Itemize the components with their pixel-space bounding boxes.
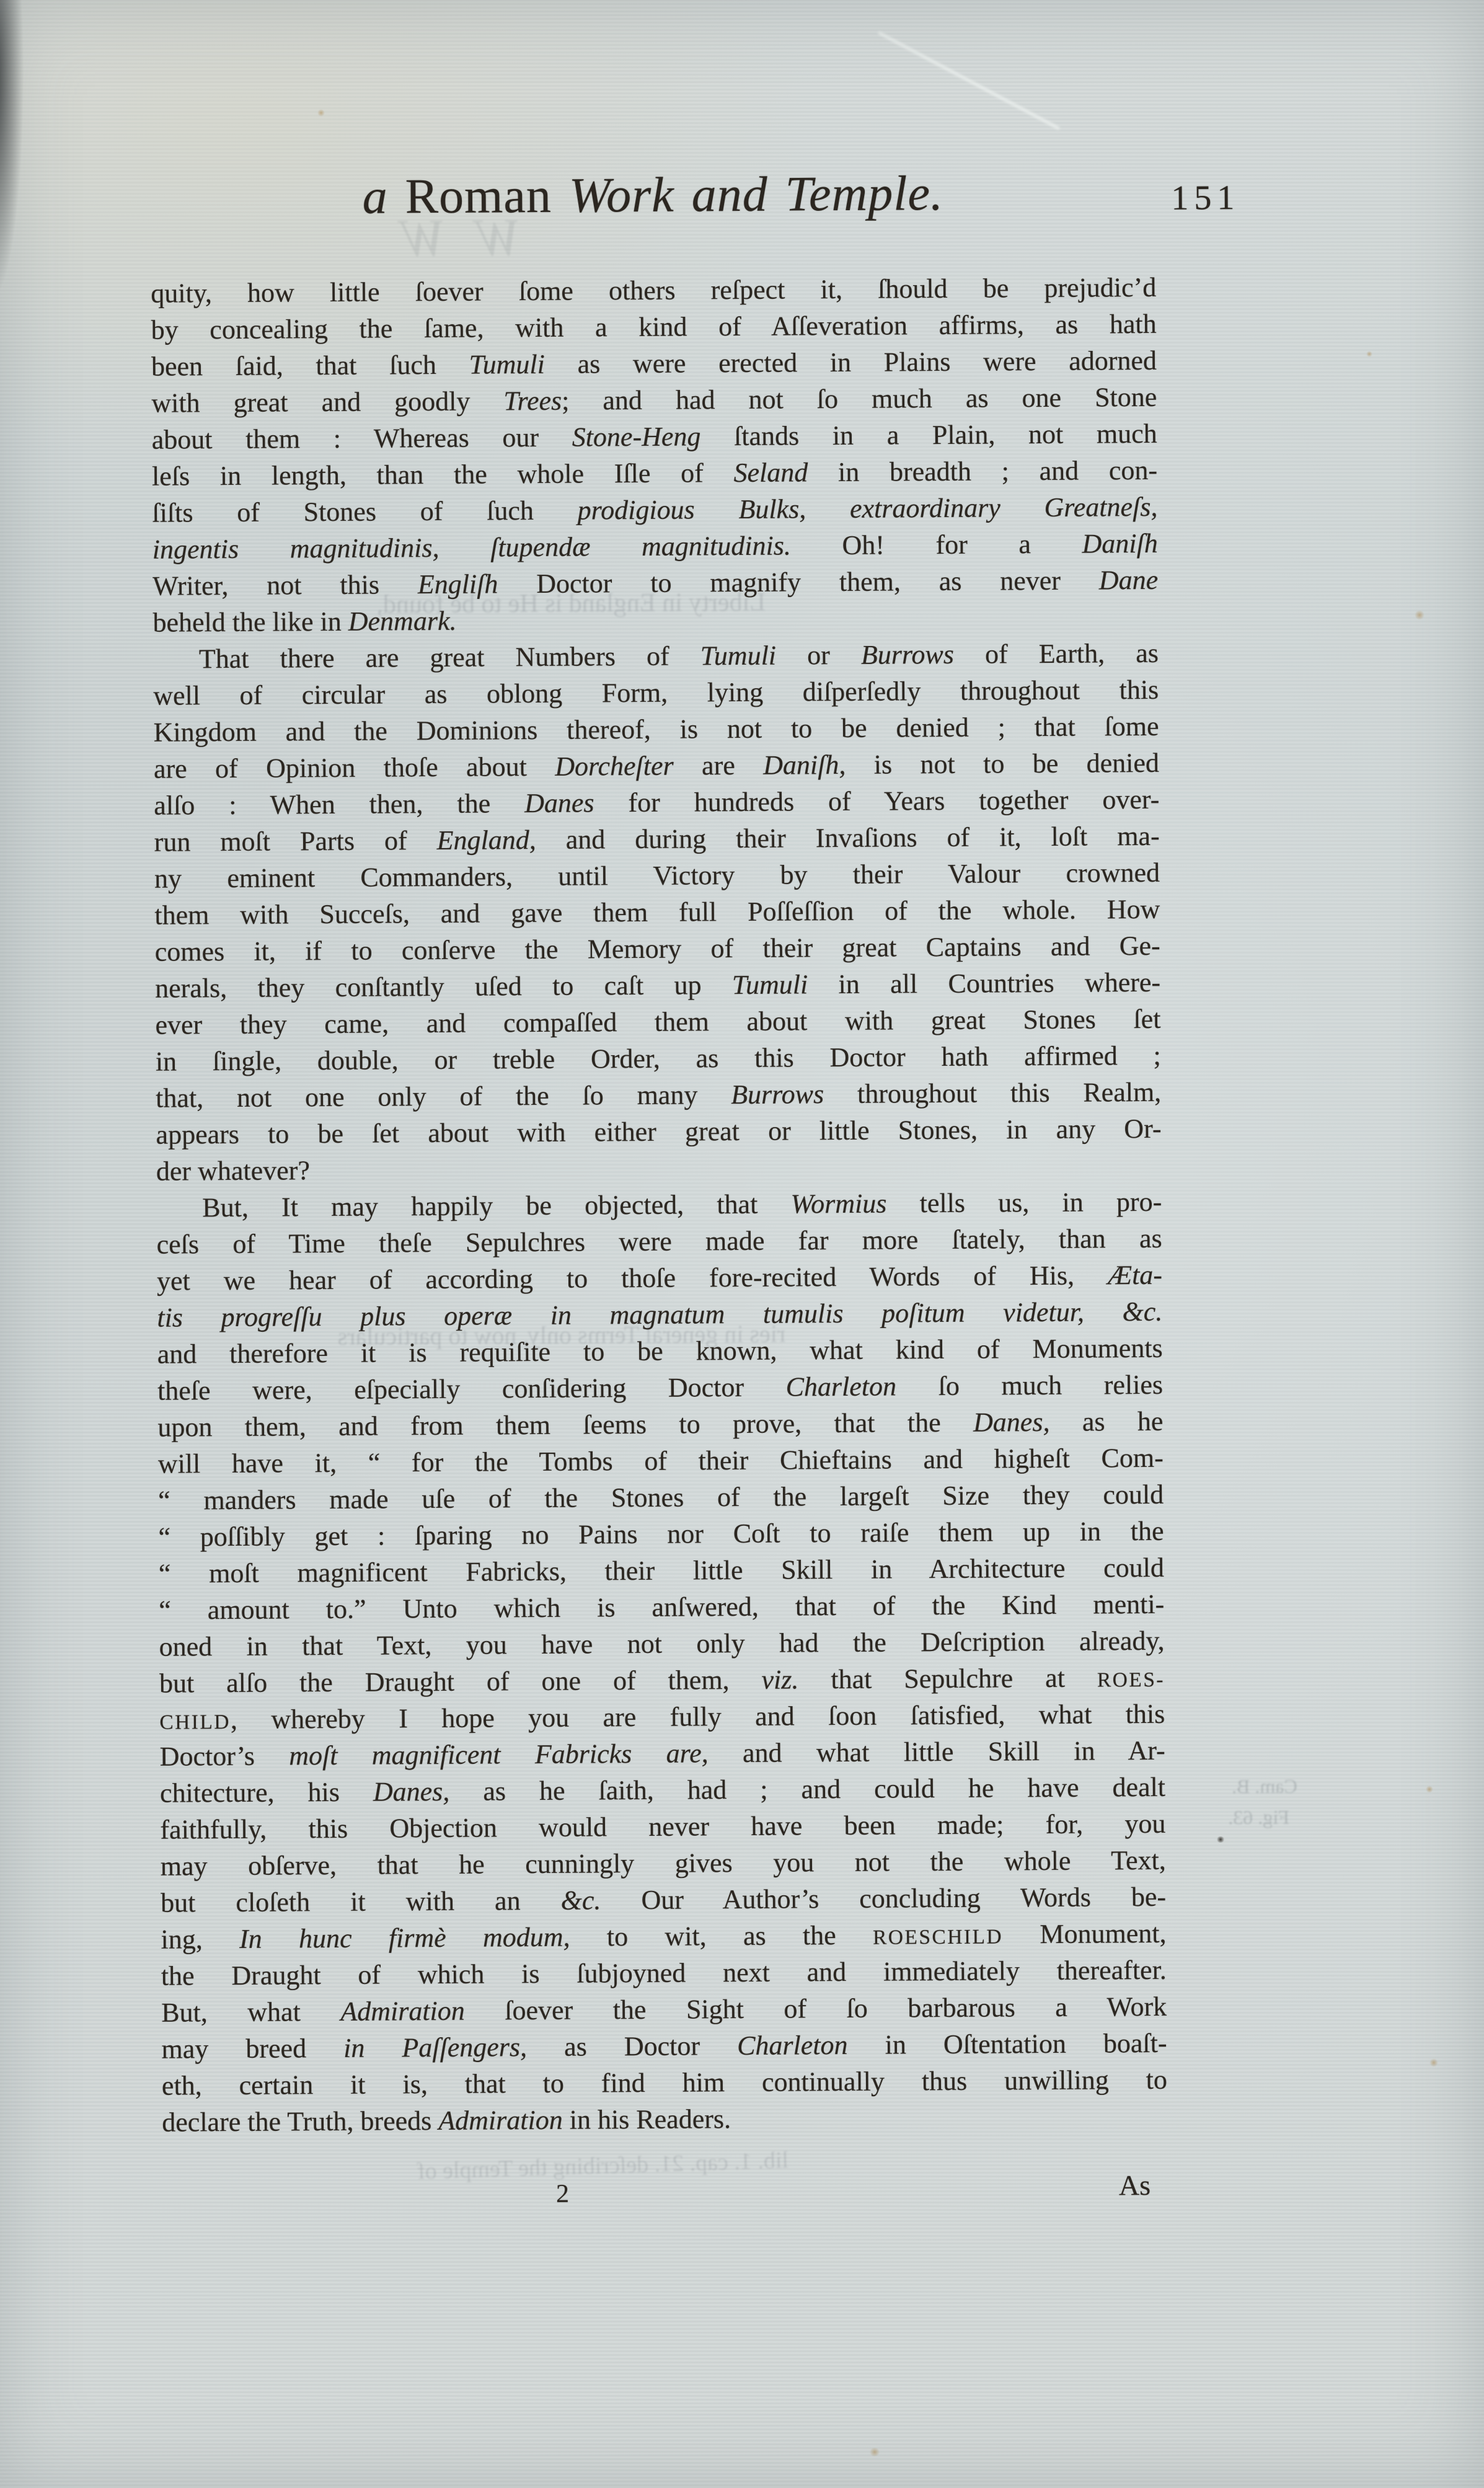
roman-text: throughout this Realm, [824,1077,1161,1109]
italic-text: In hunc firmè modum, [239,1922,570,1954]
text-line: “ poſſibly get : ſparing no Pains nor Co… [158,1513,1164,1556]
show-through-marginal-note: Fig. 63. [1228,1806,1289,1830]
italic-text: ingentis magnitudinis, ſtupendæ magnitud… [152,531,791,565]
italic-text: Charleton [785,1371,896,1402]
roman-text: with great and goodly [151,386,503,418]
running-head-tail: Work and Temple. [569,166,944,223]
text-line: leſs in length, than the whole Iſle of S… [152,452,1157,495]
roman-text: “ moſt magnificent Fabricks, their littl… [159,1552,1164,1589]
text-line: the Draught of which is ſubjoyned next a… [161,1952,1167,1994]
roman-text: will have it, “ for the Tombs of their C… [158,1443,1164,1479]
italic-text: Admiration [438,2105,563,2136]
text-line: Doctor’s moſt magnificent Fabricks are, … [160,1732,1165,1775]
roman-text: and therefore it is requiſite to be know… [157,1333,1163,1370]
scanned-book-page: W W a Roman Work and Temple. 151 Liberty… [0,0,1484,2488]
roman-text: in ſingle, double, or treble Order, as t… [156,1040,1161,1077]
roman-text: Kingdom and the Dominions thereof, is no… [153,711,1159,748]
roman-text: well of circular as oblong Form, lying d… [153,675,1159,711]
roman-text: faithfully, this Objection would never h… [160,1808,1165,1845]
text-line: ingentis magnitudinis, ſtupendæ magnitud… [152,525,1158,568]
roman-text: may breed [161,2033,343,2065]
text-line: upon them, and from them ſeems to prove,… [157,1403,1163,1446]
roman-text: ever they came, and compaſſed them about… [155,1004,1160,1040]
italic-text: Seland [733,457,808,488]
text-line: but cloſeth it with an &c. Our Author’s … [161,1879,1166,1921]
text-line: quity, how little ſoever ſome others reſ… [151,269,1156,312]
roman-text: , whereby I hope you are fully and ſoon … [231,1699,1165,1735]
roman-text: Monument, [1003,1918,1167,1950]
roman-text: Oh! for a [791,529,1082,561]
italic-text: tis progreſſu plus operæ in magnatum tum… [157,1296,1162,1333]
paragraph: But, It may happily be objected, that Wo… [156,1184,1167,2141]
roman-text: of Earth, as [954,638,1159,670]
roman-text: as Doctor [527,2030,737,2062]
body-text: quity, how little ſoever ſome others reſ… [151,269,1167,2141]
roman-text: in breadth ; and con- [808,455,1157,487]
text-line: but alſo the Draught of one of them, viz… [159,1659,1165,1702]
roman-text: in Oſtentation boaſt- [847,2028,1167,2060]
text-line: will have it, “ for the Tombs of their C… [158,1440,1164,1482]
signature-mark: 2 [556,2181,569,2207]
roman-text: “ manders made uſe of the Stones of the … [158,1479,1164,1516]
italic-text: Danes, [373,1776,450,1807]
italic-text: Danes [524,787,594,818]
text-line: “ moſt magnificent Fabricks, their littl… [159,1549,1164,1592]
small-caps-text: child [159,1711,231,1734]
show-through-marginal-note: Cam. B. [1232,1775,1297,1799]
italic-text: Dane [1099,565,1159,596]
roman-text: leſs in length, than the whole Iſle of [152,458,734,492]
roman-text: as he ſaith, had ; and could he have dea… [449,1772,1165,1807]
roman-text: that Sepulchre at [798,1663,1097,1695]
text-line: run moſt Parts of England, and during th… [154,818,1160,861]
text-line: by concealing the ſame, with a kind of A… [151,306,1156,348]
text-line: and therefore it is requiſite to be know… [157,1330,1163,1373]
roman-text: theſe were, eſpecially conſidering Docto… [157,1372,786,1406]
text-line: tis progreſſu plus operæ in magnatum tum… [157,1293,1162,1336]
roman-text: to wit, as the [570,1920,873,1952]
text-line: ceſs of Time theſe Sepulchres were made … [156,1220,1162,1263]
roman-text: declare the Truth, breeds [162,2105,438,2138]
roman-text: in his Readers. [563,2104,731,2135]
text-line: faithfully, this Objection would never h… [160,1805,1165,1848]
text-line: may breed in Paſſengers, as Doctor Charl… [161,2025,1167,2068]
text-line: But, what Admiration ſoever the Sight of… [161,1988,1167,2031]
text-line: alſo : When then, the Danes for hundreds… [154,781,1159,824]
paragraph: quity, how little ſoever ſome others reſ… [151,269,1159,641]
roman-text: but cloſeth it with an [161,1885,561,1918]
roman-text: are [674,750,764,781]
show-through-text: lib. 1. cap. 21. deſcribing the Temple o… [417,2146,788,2185]
roman-text: ceſs of Time theſe Sepulchres were made … [157,1223,1162,1260]
text-line: yet we hear of according to thoſe fore-r… [157,1257,1162,1299]
italic-text: Burrows [731,1079,824,1110]
roman-text: yet we hear of according to thoſe fore-r… [157,1260,1108,1296]
roman-text: quity, how little ſoever ſome others reſ… [151,272,1156,309]
italic-text: moſt magnificent Fabricks are, [289,1738,709,1771]
italic-text: Dorcheſter [555,751,674,782]
roman-text: or [776,640,861,671]
italic-text: Tumuli [700,640,777,671]
roman-text: as were erected in Plains were adorned [545,345,1157,379]
text-line: been ſaid, that ſuch Tumuli as were erec… [151,342,1157,385]
text-line: that, not one only of the ſo many Burrow… [156,1074,1161,1117]
catchword: As [1119,2171,1151,2200]
roman-text: Doctor to magnify them, as never [498,565,1099,599]
text-line: ing, In hunc firmè modum, to wit, as the… [161,1915,1166,1958]
roman-text: eth, certain it is, that to find him con… [162,2065,1167,2101]
text-line: well of circular as oblong Form, lying d… [153,671,1159,714]
roman-text: are of Opinion thoſe about [154,751,555,784]
text-line: Kingdom and the Dominions thereof, is no… [153,708,1159,751]
text-line: appears to be ſet about with either grea… [156,1110,1161,1153]
text-line: ever they came, and compaſſed them about… [155,1001,1160,1043]
roman-text: ſo much relies [896,1370,1163,1402]
roman-text: and during their Invaſions of it, loſt m… [536,821,1160,855]
roman-text: Writer, not this [152,569,418,601]
text-line: them with Succeſs, and gave them full Po… [154,891,1160,934]
roman-text: ſiſts of Stones of ſuch [152,495,578,528]
roman-text: is not to be denied [846,748,1159,780]
text-line: der whatever? [156,1147,1162,1190]
italic-text: Engliſh [418,569,498,600]
italic-text: prodigious Bulks, extraordinary Greatneſ… [578,492,1158,526]
roman-text: “ poſſibly get : ſparing no Pains nor Co… [158,1516,1164,1552]
roman-text: for hundreds of Years together over- [594,784,1159,818]
italic-text: Danes, [973,1407,1050,1438]
text-line: “ amount to.” Unto which is anſwered, th… [159,1586,1164,1629]
running-head-roman: Roman [405,169,569,224]
roman-text: may obſerve, that he cunningly gives you… [161,1845,1166,1882]
text-line: Writer, not this Engliſh Doctor to magni… [152,562,1158,604]
text-line: are of Opinion thoſe about Dorcheſter ar… [154,745,1159,787]
roman-text: chitecture, his [160,1777,373,1808]
roman-text: and what little Skill in Ar- [709,1735,1165,1769]
text-line: theſe were, eſpecially conſidering Docto… [157,1366,1163,1409]
roman-text: about them : Whereas our [152,422,572,455]
italic-text: Æta- [1108,1260,1162,1291]
roman-text: as he [1049,1406,1163,1437]
roman-text: the Draught of which is ſubjoyned next a… [161,1955,1167,1991]
roman-text: run moſt Parts of [154,825,437,857]
roman-text: ny eminent Commanders, until Victory by … [154,857,1160,894]
italic-text: Daniſh, [763,750,846,781]
roman-text: nerals, they conſtantly uſed to caſt up [155,970,732,1004]
italic-text: Stone-Heng [572,421,701,452]
page-number: 151 [1171,180,1240,216]
printed-impression: W W a Roman Work and Temple. 151 Liberty… [0,0,1484,2488]
roman-text: ; and had not ſo much as one Stone [562,382,1157,416]
roman-text: but alſo the Draught of one of them, [159,1665,762,1699]
text-line: may obſerve, that he cunningly gives you… [161,1842,1166,1885]
small-caps-text: Roes- [1097,1668,1165,1692]
italic-text: Daniſh [1082,528,1158,559]
text-line: declare the Truth, breeds Admiration in … [162,2098,1167,2141]
text-line: child, whereby I hope you are fully and … [159,1696,1165,1738]
small-caps-text: Roeschild [873,1925,1003,1949]
text-line: nerals, they conſtantly uſed to caſt up … [155,964,1160,1007]
roman-text: But, It may happily be objected, that [202,1189,791,1223]
italic-text: Charleton [737,2030,848,2061]
text-line: about them : Whereas our Stone-Heng ſtan… [152,415,1157,458]
italic-text: England, [436,825,536,856]
text-line: eth, certain it is, that to find him con… [162,2061,1167,2104]
roman-text: Doctor’s [160,1740,289,1771]
roman-text: appears to be ſet about with either grea… [156,1113,1161,1150]
italic-text: Tumuli [732,969,808,1000]
text-line: “ manders made uſe of the Stones of the … [158,1476,1164,1519]
italic-text: in Paſſengers, [343,2032,527,2063]
roman-text: ſtands in a Plain, not much [700,418,1157,451]
italic-text: Denmark. [348,606,457,637]
roman-text: That there are great Numbers of [199,640,700,674]
text-line: ſiſts of Stones of ſuch prodigious Bulks… [152,489,1157,531]
roman-text: ſoever the Sight of ſo barbarous a Work [465,1991,1167,2026]
roman-text: Our Author’s concluding Words be- [601,1882,1166,1916]
text-line: comes it, if to conſerve the Memory of t… [155,927,1160,970]
roman-text: beheld the like in [152,606,348,638]
text-line: But, It may happily be objected, that Wo… [156,1184,1162,1226]
italic-text: Admiration [340,1996,465,2027]
text-line: in ſingle, double, or treble Order, as t… [156,1037,1161,1080]
roman-text: in all Countries where- [808,967,1160,999]
italic-text: Trees [503,386,562,417]
text-line: ny eminent Commanders, until Victory by … [154,854,1160,897]
text-line: with great and goodly Trees; and had not… [151,379,1157,422]
roman-text: comes it, if to conſerve the Memory of t… [155,931,1160,967]
roman-text: alſo : When then, the [154,788,524,821]
italic-text: Wormius [790,1189,886,1220]
roman-text: that, not one only of the ſo many [156,1079,731,1113]
italic-text: Burrows [861,639,954,670]
roman-text: upon them, and from them ſeems to prove,… [157,1407,973,1443]
text-line: beheld the like in Denmark. [152,598,1158,641]
roman-text: oned in that Text, you have not only had… [159,1626,1164,1662]
running-head: a Roman Work and Temple. [150,164,1156,227]
text-line: chitecture, his Danes, as he ſaith, had … [160,1769,1165,1812]
roman-text: ing, [161,1924,239,1955]
roman-text: been ſaid, that ſuch [151,350,469,382]
italic-text: &c. [561,1885,601,1915]
text-line: oned in that Text, you have not only had… [159,1623,1164,1665]
roman-text: der whatever? [156,1155,310,1187]
roman-text: by concealing the ſame, with a kind of A… [151,309,1157,345]
paragraph: That there are great Numbers of Tumuli o… [153,635,1162,1190]
roman-text: tells us, in pro- [886,1187,1162,1219]
text-line: That there are great Numbers of Tumuli o… [153,635,1159,678]
roman-text: But, what [161,1996,340,2028]
italic-text: viz. [761,1664,798,1694]
italic-text: Tumuli [469,349,545,380]
roman-text: “ amount to.” Unto which is anſwered, th… [159,1589,1164,1626]
running-head-lead: a [362,169,405,224]
roman-text: them with Succeſs, and gave them full Po… [154,894,1160,931]
